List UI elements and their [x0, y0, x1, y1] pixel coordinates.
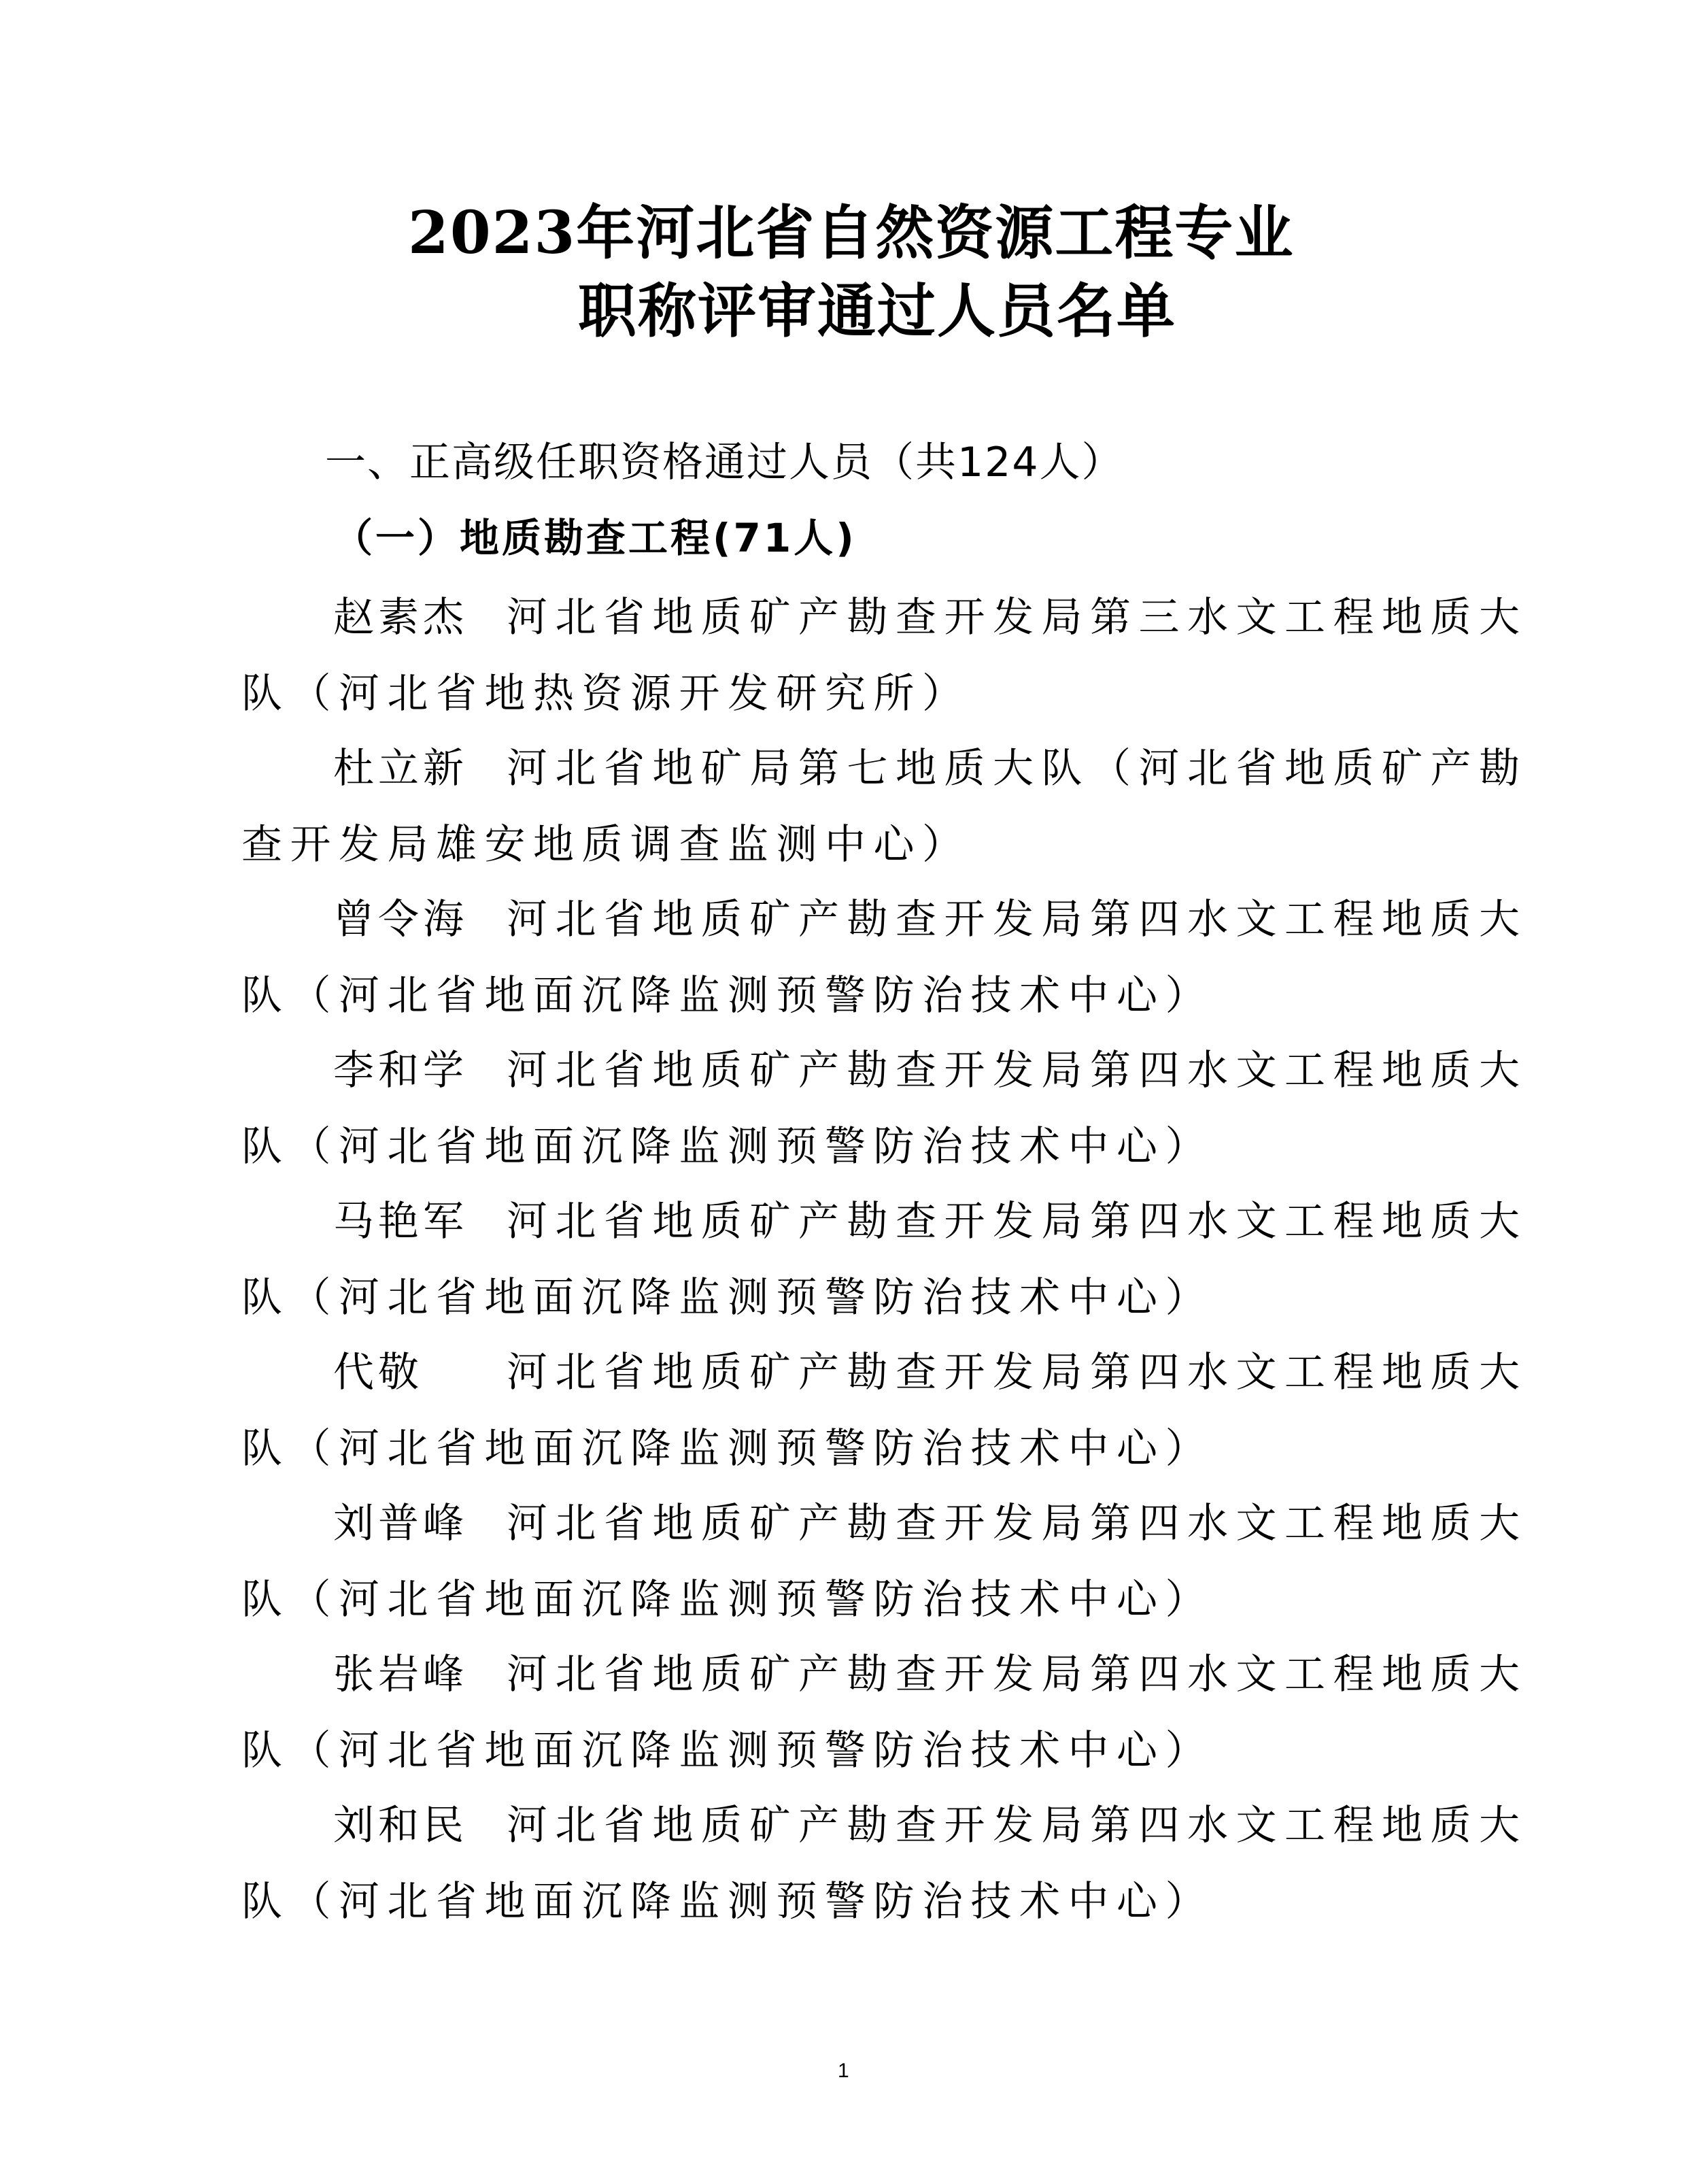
- list-item: 赵素杰 河北省地质矿产勘查开发局第三水文工程地质大 队（河北省地热资源开发研究所…: [0, 597, 1687, 747]
- section-heading: 一、正高级任职资格通过人员（共124人）: [325, 442, 1124, 483]
- person-name: 马艳军: [333, 1201, 468, 1242]
- list-item: 李和学 河北省地质矿产勘查开发局第四水文工程地质大 队（河北省地面沉降监测预警防…: [0, 1050, 1687, 1200]
- organization-line-2: 队（河北省地热资源开发研究所）: [241, 673, 971, 714]
- list-item: 杜立新 河北省地矿局第七地质大队（河北省地质矿产勘 查开发局雄安地质调查监测中心…: [0, 748, 1687, 898]
- list-item: 马艳军 河北省地质矿产勘查开发局第四水文工程地质大 队（河北省地面沉降监测预警防…: [0, 1201, 1687, 1351]
- organization-line-1: 河北省地矿局第七地质大队（河北省地质矿产勘: [507, 748, 1528, 789]
- organization-line-1: 河北省地质矿产勘查开发局第四水文工程地质大: [507, 1201, 1528, 1242]
- person-name: 刘和民: [333, 1805, 468, 1846]
- document-page: 2023年河北省自然资源工程专业 职称评审通过人员名单 一、正高级任职资格通过人…: [0, 0, 1687, 2184]
- organization-line-2: 队（河北省地面沉降监测预警防治技术中心）: [241, 975, 1214, 1016]
- document-title-line-2: 职称评审通过人员名单: [578, 282, 1176, 341]
- organization-line-2: 队（河北省地面沉降监测预警防治技术中心）: [241, 1126, 1214, 1167]
- person-name: 曾令海: [333, 899, 468, 940]
- organization-line-2: 队（河北省地面沉降监测预警防治技术中心）: [241, 1277, 1214, 1318]
- organization-line-2: 队（河北省地面沉降监测预警防治技术中心）: [241, 1579, 1214, 1620]
- person-name: 张岩峰: [333, 1654, 468, 1695]
- organization-line-1: 河北省地质矿产勘查开发局第四水文工程地质大: [507, 1805, 1528, 1846]
- organization-line-1: 河北省地质矿产勘查开发局第四水文工程地质大: [507, 1503, 1528, 1544]
- organization-line-1: 河北省地质矿产勘查开发局第三水文工程地质大: [507, 597, 1528, 638]
- list-item: 张岩峰 河北省地质矿产勘查开发局第四水文工程地质大 队（河北省地面沉降监测预警防…: [0, 1654, 1687, 1804]
- document-title-line-1: 2023年河北省自然资源工程专业: [408, 204, 1294, 263]
- list-item: 刘和民 河北省地质矿产勘查开发局第四水文工程地质大 队（河北省地面沉降监测预警防…: [0, 1805, 1687, 1955]
- person-name: 杜立新: [333, 748, 468, 789]
- list-item: 刘普峰 河北省地质矿产勘查开发局第四水文工程地质大 队（河北省地面沉降监测预警防…: [0, 1503, 1687, 1653]
- organization-line-1: 河北省地质矿产勘查开发局第四水文工程地质大: [507, 899, 1528, 940]
- organization-line-1: 河北省地质矿产勘查开发局第四水文工程地质大: [507, 1050, 1528, 1091]
- organization-line-1: 河北省地质矿产勘查开发局第四水文工程地质大: [507, 1654, 1528, 1695]
- organization-line-2: 队（河北省地面沉降监测预警防治技术中心）: [241, 1428, 1214, 1469]
- person-name: 代敬: [333, 1352, 423, 1393]
- organization-line-1: 河北省地质矿产勘查开发局第四水文工程地质大: [507, 1352, 1528, 1393]
- page-number: 1: [838, 2061, 849, 2081]
- person-name: 刘普峰: [333, 1503, 468, 1544]
- list-item: 代敬 河北省地质矿产勘查开发局第四水文工程地质大 队（河北省地面沉降监测预警防治…: [0, 1352, 1687, 1502]
- organization-line-2: 队（河北省地面沉降监测预警防治技术中心）: [241, 1881, 1214, 1922]
- organization-line-2: 查开发局雄安地质调查监测中心）: [241, 824, 971, 865]
- person-name: 赵素杰: [333, 597, 468, 638]
- list-item: 曾令海 河北省地质矿产勘查开发局第四水文工程地质大 队（河北省地面沉降监测预警防…: [0, 899, 1687, 1049]
- person-name: 李和学: [333, 1050, 468, 1091]
- organization-line-2: 队（河北省地面沉降监测预警防治技术中心）: [241, 1730, 1214, 1771]
- subsection-heading: （一）地质勘查工程(71人): [333, 518, 857, 558]
